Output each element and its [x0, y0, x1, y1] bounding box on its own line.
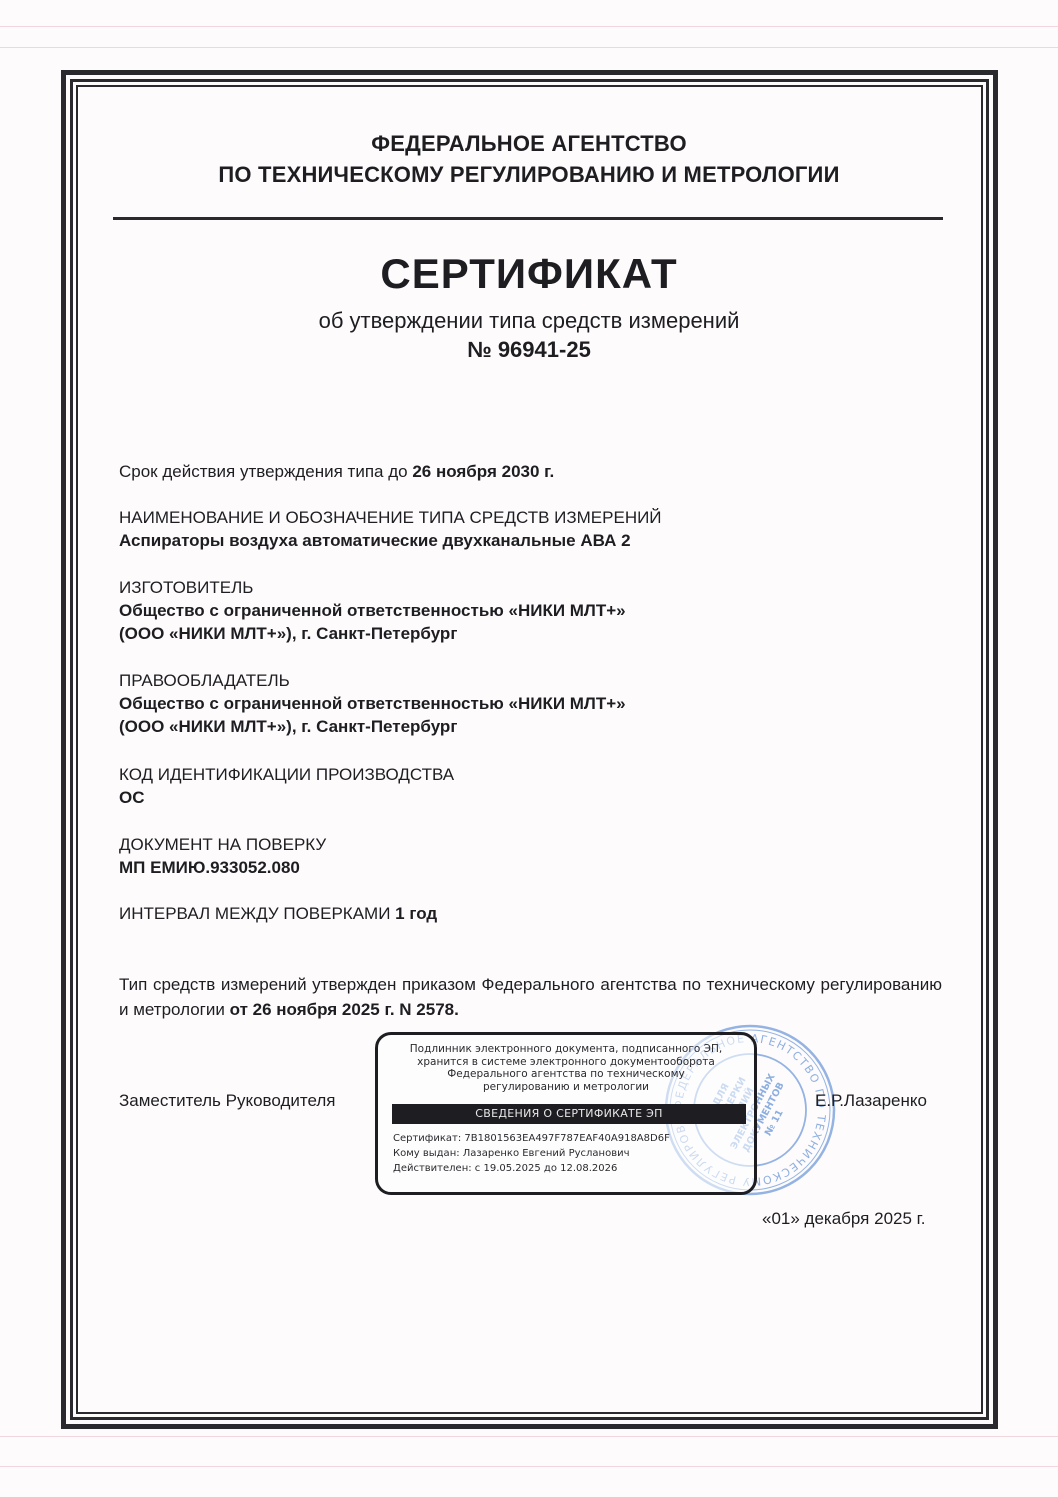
- scan-artifact-line: [0, 26, 1058, 27]
- e-signature-validity: Действителен: с 19.05.2025 до 12.08.2026: [393, 1161, 670, 1176]
- manufacturer-label: ИЗГОТОВИТЕЛЬ: [119, 576, 626, 599]
- manufacturer-name: Общество с ограниченной ответственностью…: [119, 599, 626, 622]
- agency-line-1: ФЕДЕРАЛЬНОЕ АГЕНТСТВО: [0, 128, 1058, 159]
- electronic-signature-box: Подлинник электронного документа, подпис…: [375, 1032, 757, 1195]
- e-signature-issued-to: Кому выдан: Лазаренко Евгений Русланович: [393, 1146, 670, 1161]
- instrument-section: НАИМЕНОВАНИЕ И ОБОЗНАЧЕНИЕ ТИПА СРЕДСТВ …: [119, 506, 662, 552]
- agency-line-2: ПО ТЕХНИЧЕСКОМУ РЕГУЛИРОВАНИЮ И МЕТРОЛОГ…: [0, 159, 1058, 190]
- header-divider: [113, 217, 943, 220]
- interval-label: ИНТЕРВАЛ МЕЖДУ ПОВЕРКАМИ: [119, 904, 390, 923]
- e-signature-details: Сертификат: 7B1801563EA497F787EAF40A918A…: [393, 1131, 670, 1176]
- validity-label: Срок действия утверждения типа до: [119, 462, 408, 481]
- scan-artifact-line: [0, 47, 1058, 48]
- validity-line: Срок действия утверждения типа до 26 ноя…: [119, 460, 554, 483]
- verification-doc-label: ДОКУМЕНТ НА ПОВЕРКУ: [119, 833, 326, 856]
- rights-holder-name: Общество с ограниченной ответственностью…: [119, 692, 626, 715]
- rights-holder-short: (ООО «НИКИ МЛТ+»), г. Санкт-Петербург: [119, 715, 626, 738]
- production-code-label: КОД ИДЕНТИФИКАЦИИ ПРОИЗВОДСТВА: [119, 763, 454, 786]
- signatory-position: Заместитель Руководителя: [119, 1091, 336, 1111]
- e-signature-band: СВЕДЕНИЯ О СЕРТИФИКАТЕ ЭП: [392, 1104, 746, 1124]
- certificate-subtitle: об утверждении типа средств измерений: [0, 308, 1058, 334]
- scan-artifact-line: [0, 1436, 1058, 1437]
- verification-doc-section: ДОКУМЕНТ НА ПОВЕРКУ МП ЕМИЮ.933052.080: [119, 833, 326, 879]
- interval-value: 1 год: [395, 904, 437, 923]
- e-signature-notice-line: Федерального агентства по техническому: [378, 1068, 754, 1081]
- rights-holder-section: ПРАВООБЛАДАТЕЛЬ Общество с ограниченной …: [119, 669, 626, 738]
- verification-doc-value: МП ЕМИЮ.933052.080: [119, 856, 326, 879]
- manufacturer-section: ИЗГОТОВИТЕЛЬ Общество с ограниченной отв…: [119, 576, 626, 645]
- signatory-name: Е.Р.Лазаренко: [815, 1091, 927, 1111]
- certificate-number: № 96941-25: [0, 337, 1058, 363]
- instrument-value: Аспираторы воздуха автоматические двухка…: [119, 529, 662, 552]
- e-signature-notice-line: регулированию и метрологии: [378, 1081, 754, 1094]
- manufacturer-short: (ООО «НИКИ МЛТ+»), г. Санкт-Петербург: [119, 622, 626, 645]
- e-signature-notice-line: хранится в системе электронного документ…: [378, 1056, 754, 1069]
- interval-line: ИНТЕРВАЛ МЕЖДУ ПОВЕРКАМИ 1 год: [119, 902, 437, 925]
- validity-value: 26 ноября 2030 г.: [412, 462, 554, 481]
- scan-artifact-line: [0, 1466, 1058, 1467]
- approval-order-paragraph: Тип средств измерений утвержден приказом…: [119, 972, 942, 1022]
- e-signature-certificate: Сертификат: 7B1801563EA497F787EAF40A918A…: [393, 1131, 670, 1146]
- rights-holder-label: ПРАВООБЛАДАТЕЛЬ: [119, 669, 626, 692]
- agency-header: ФЕДЕРАЛЬНОЕ АГЕНТСТВО ПО ТЕХНИЧЕСКОМУ РЕ…: [0, 128, 1058, 190]
- certificate-title: СЕРТИФИКАТ: [0, 250, 1058, 298]
- production-code-section: КОД ИДЕНТИФИКАЦИИ ПРОИЗВОДСТВА ОС: [119, 763, 454, 809]
- e-signature-notice: Подлинник электронного документа, подпис…: [378, 1043, 754, 1093]
- order-reference: от 26 ноября 2025 г. N 2578.: [230, 1000, 459, 1019]
- instrument-label: НАИМЕНОВАНИЕ И ОБОЗНАЧЕНИЕ ТИПА СРЕДСТВ …: [119, 506, 662, 529]
- production-code-value: ОС: [119, 786, 454, 809]
- issue-date: «01» декабря 2025 г.: [762, 1209, 926, 1229]
- e-signature-notice-line: Подлинник электронного документа, подпис…: [378, 1043, 754, 1056]
